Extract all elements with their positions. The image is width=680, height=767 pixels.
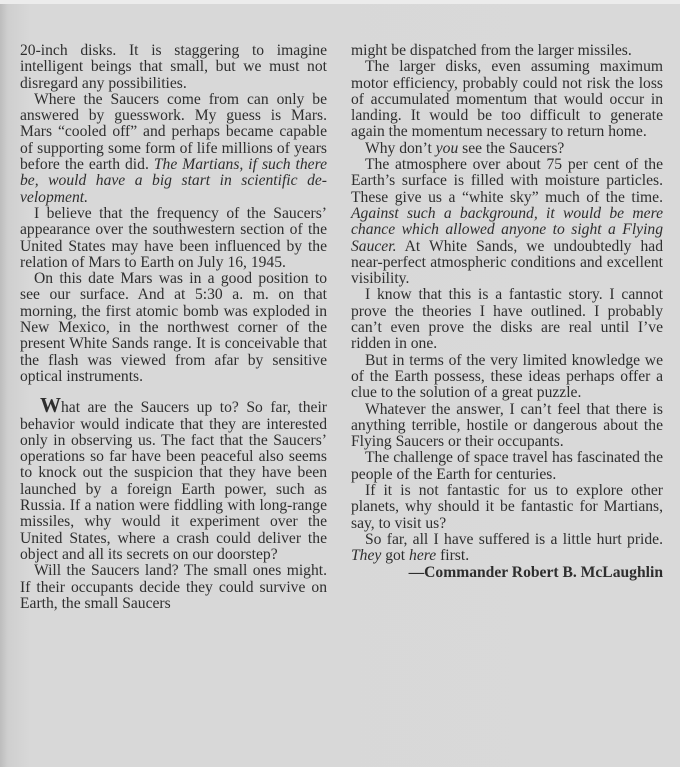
paragraph: The atmosphere over about 75 per cent of… (351, 157, 663, 287)
paragraph: On this date Mars was in a good posi­tio… (20, 271, 327, 385)
drop-cap: W (40, 393, 61, 417)
paragraph: 20-inch disks. It is staggering to imagi… (20, 43, 327, 92)
paragraph-text: Why don’t (365, 140, 436, 157)
paragraph-text: At White Sands, we undoubtedly had near-… (351, 238, 663, 288)
paragraph: If it is not fantastic for us to explore… (351, 483, 663, 532)
paragraph: So far, all I have suffered is a little … (351, 532, 663, 565)
paragraph: might be dispatched from the larger miss… (351, 43, 663, 59)
paragraph: Why don’t you see the Saucers? (351, 141, 663, 157)
italic-text: They (351, 547, 381, 564)
paragraph: The larger disks, even assuming maxi­mum… (351, 59, 663, 140)
paragraph: Where the Saucers come from can only be … (20, 92, 327, 206)
paragraph: Whatever the answer, I can’t feel that t… (351, 402, 663, 451)
paragraph: The challenge of space travel has fasci­… (351, 450, 663, 483)
magazine-page: 20-inch disks. It is staggering to imagi… (0, 0, 680, 767)
paragraph-text: So far, all I have suffered is a little … (365, 531, 663, 548)
paragraph-text: see the Saucers? (458, 140, 564, 157)
page-top-edge (0, 0, 680, 4)
right-column: might be dispatched from the larger miss… (351, 43, 663, 581)
paragraph: But in terms of the very limited knowl­e… (351, 353, 663, 402)
paragraph-text: hat are the Saucers up to? So far, their… (20, 399, 327, 563)
paragraph: I know that this is a fantastic story. I… (351, 287, 663, 352)
paragraph-text: first. (436, 547, 469, 564)
italic-text: you (436, 140, 459, 157)
left-column: 20-inch disks. It is staggering to imagi… (20, 43, 327, 612)
paragraph: Will the Saucers land? The small ones mi… (20, 563, 327, 612)
paragraph-text: The atmosphere over about 75 per cent of… (351, 156, 663, 206)
author-signature: —Commander Robert B. McLaughlin (351, 565, 663, 581)
section-paragraph: What are the Saucers up to? So far, thei… (20, 397, 327, 563)
paragraph: I believe that the frequency of the Sauc… (20, 206, 327, 271)
italic-text: here (409, 547, 436, 564)
paragraph-text: got (381, 547, 409, 564)
